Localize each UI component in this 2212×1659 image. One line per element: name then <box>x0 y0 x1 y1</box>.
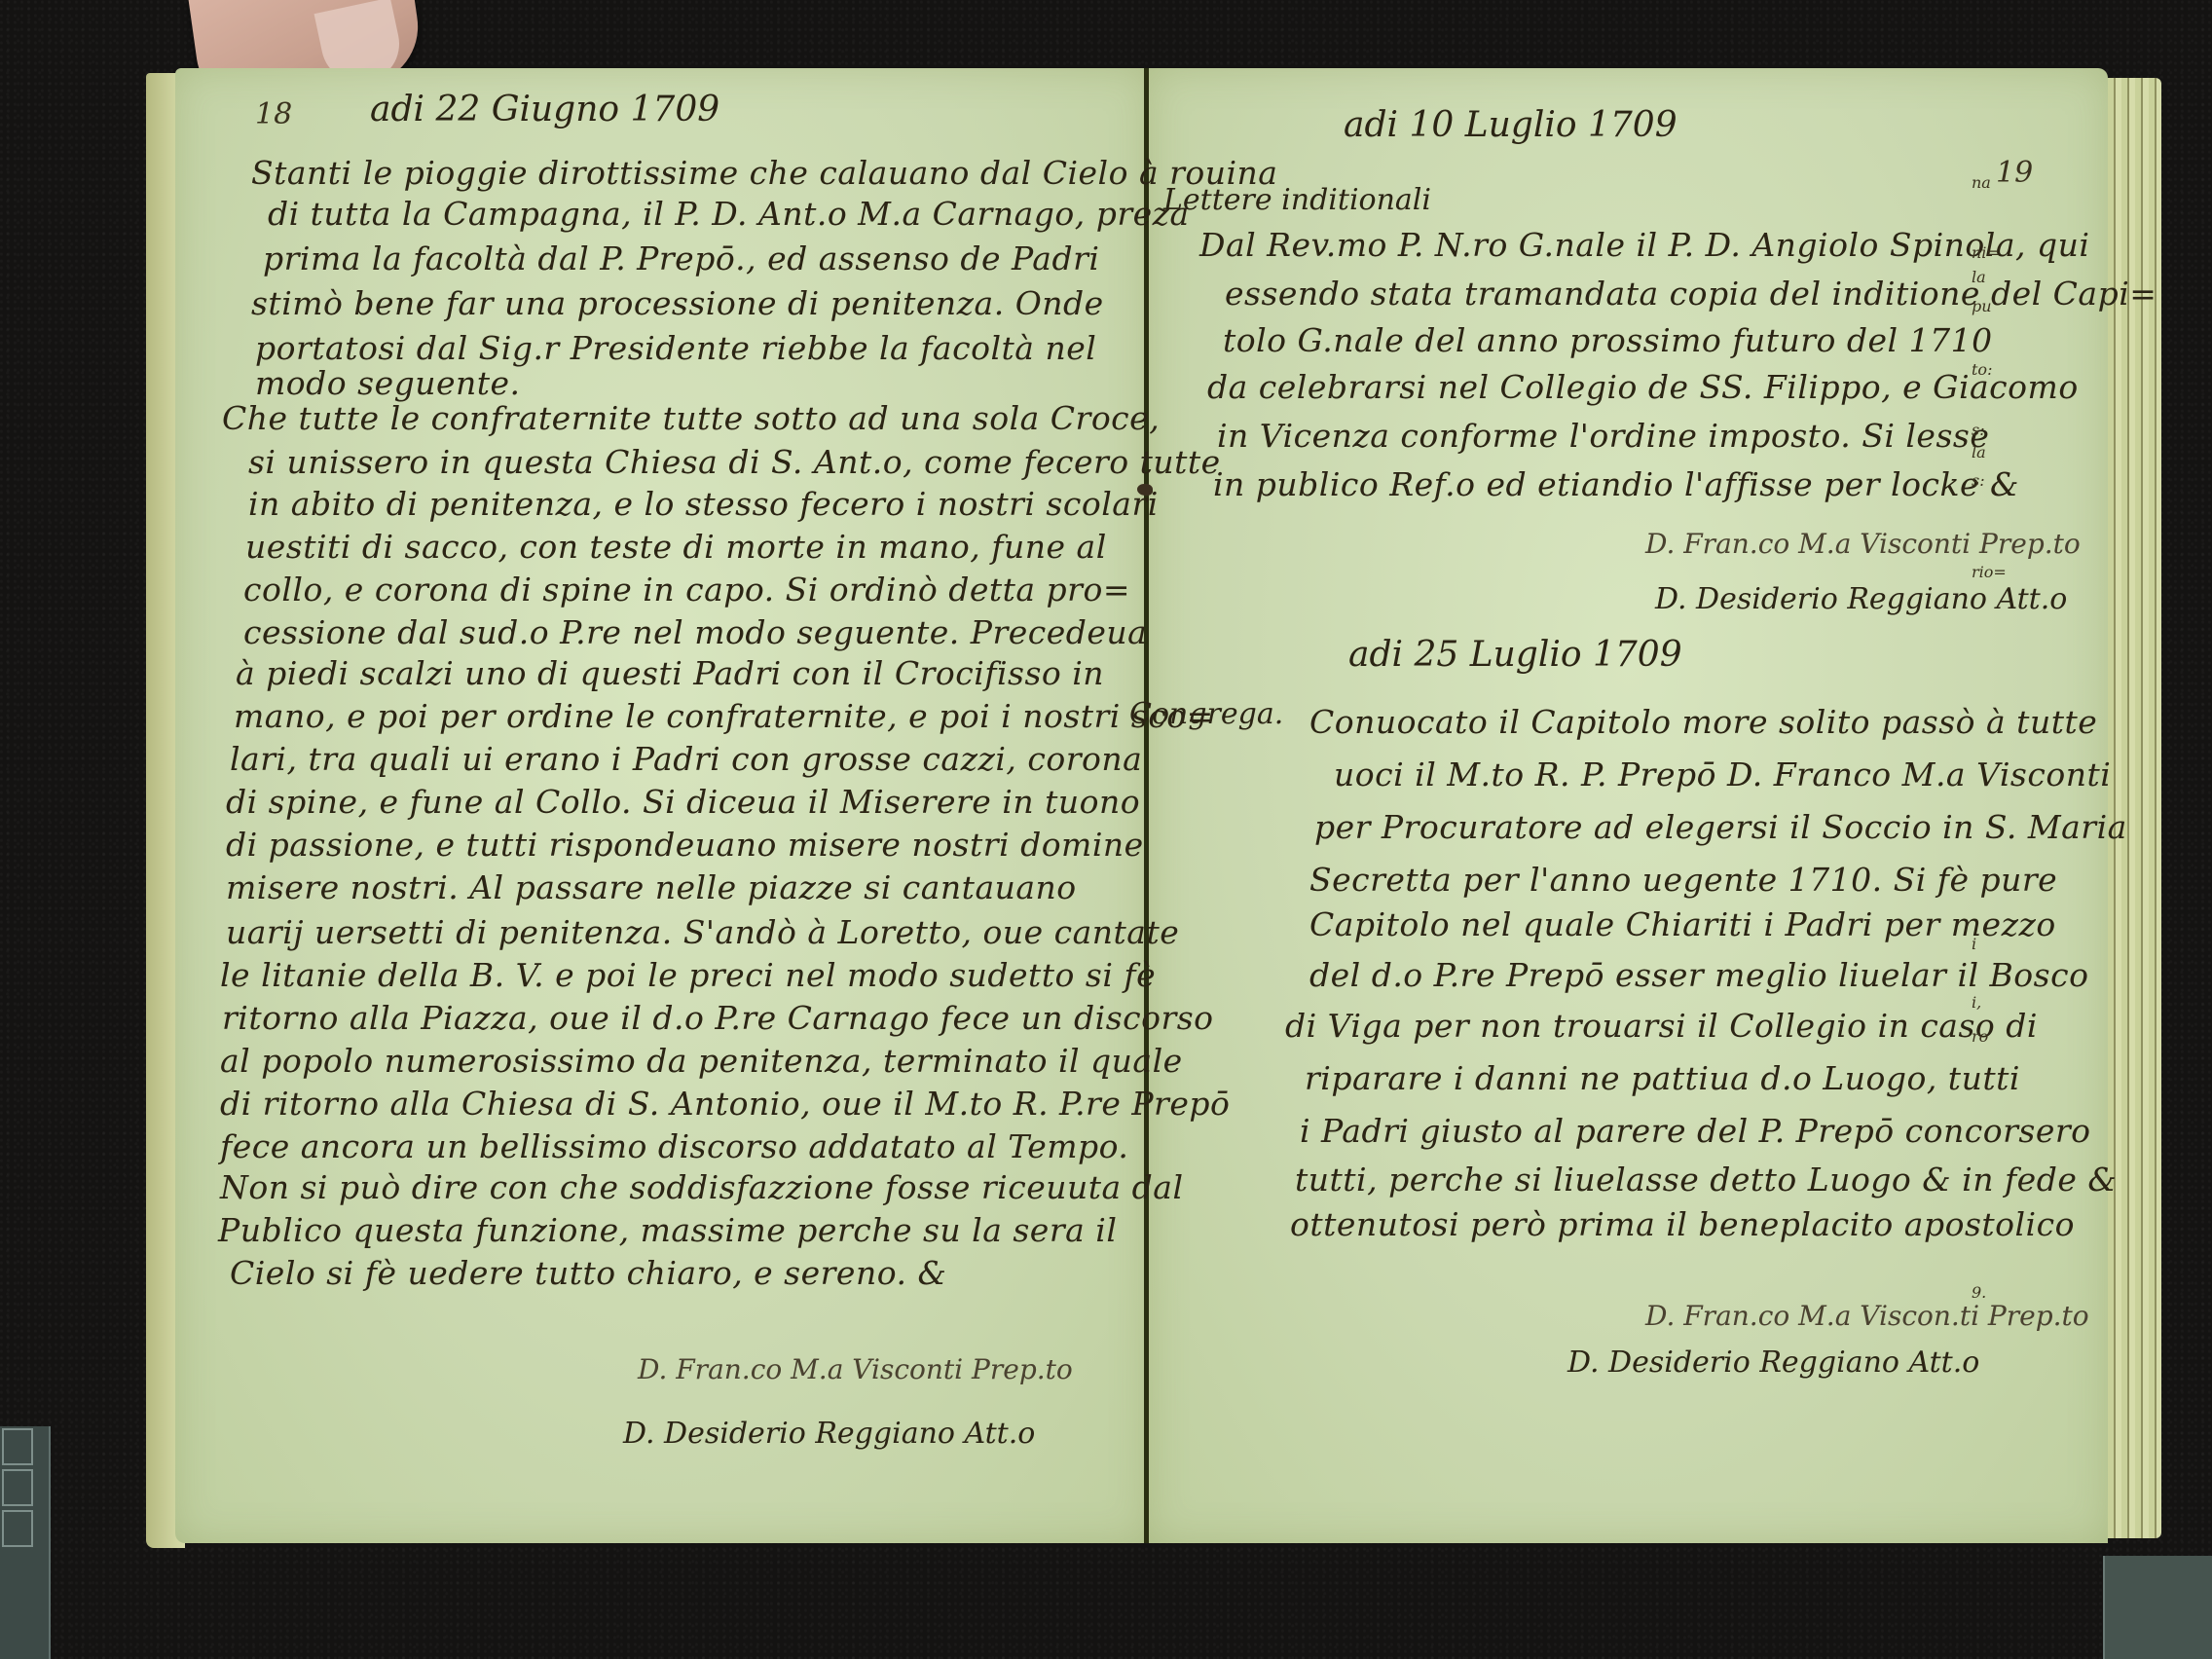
text-line: cessione dal sud.o P.re nel modo seguent… <box>243 613 1147 651</box>
calibration-cell <box>2 1510 33 1547</box>
edge-fragment: 9. <box>1972 1283 1986 1302</box>
edge-fragment: la <box>1972 443 1986 461</box>
text-line: lari, tra quali ui erano i Padri con gro… <box>230 740 1142 778</box>
text-line: per Procuratore ad elegersi il Soccio in… <box>1314 808 2127 846</box>
edge-fragment: s: <box>1972 471 1985 490</box>
text-line: i Padri giusto al parere del P. Prepō co… <box>1300 1112 2091 1150</box>
edge-fragment: rio= <box>1972 563 2007 581</box>
text-line: misere nostri. Al passare nelle piazze s… <box>226 868 1077 906</box>
edge-fragment: ro <box>1972 1027 1988 1046</box>
text-line: mano, e poi per ordine le confraternite,… <box>234 697 1214 735</box>
text-line: del d.o P.re Prepō esser meglio liuelar … <box>1309 956 2088 994</box>
color-calibration-card-right <box>2103 1556 2212 1659</box>
text-line: uarij uersetti di penitenza. S'andò à Lo… <box>226 913 1179 951</box>
text-line: al popolo numerosissimo da penitenza, te… <box>220 1042 1183 1080</box>
text-line: tolo G.nale del anno prossimo futuro del… <box>1223 321 1993 359</box>
edge-fragment: i, <box>1972 993 1981 1012</box>
edge-fragment: la <box>1972 268 1986 286</box>
text-line: portatosi dal Sig.r Presidente riebbe la… <box>255 329 1096 367</box>
signature-prepositus: D. Fran.co M.a Viscon.ti Prep.to <box>1645 1300 2089 1332</box>
text-line: si unissero in questa Chiesa di S. Ant.o… <box>248 443 1221 481</box>
margin-note-lettere: Lettere inditionali <box>1163 183 1431 217</box>
calibration-cell <box>2 1428 33 1465</box>
edge-fragment: to: <box>1972 360 1992 379</box>
book-gutter <box>1144 68 1149 1543</box>
text-line: uoci il M.to R. P. Prepō D. Franco M.a V… <box>1334 756 2111 793</box>
text-line: di Viga per non trouarsi il Collegio in … <box>1285 1007 2038 1045</box>
left-page-number: 18 <box>255 97 292 131</box>
text-line: collo, e corona di spine in capo. Si ord… <box>243 571 1130 608</box>
text-line: essendo stata tramandata copia del indit… <box>1225 275 2157 313</box>
text-line: prima la facoltà dal P. Prepō., ed assen… <box>263 240 1099 277</box>
text-line: modo seguente. <box>255 364 521 402</box>
signature-prepositus: D. Fran.co M.a Visconti Prep.to <box>638 1353 1073 1385</box>
text-line: in publico Ref.o ed etiandio l'affisse p… <box>1213 465 2019 503</box>
text-line: uestiti di sacco, con teste di morte in … <box>245 528 1107 566</box>
signature-actuarius: D. Desiderio Reggiano Att.o <box>623 1417 1035 1451</box>
edge-fragment: pu <box>1972 297 1992 315</box>
text-line: Publico questa funzione, massime perche … <box>218 1211 1117 1249</box>
text-line: ritorno alla Piazza, oue il d.o P.re Car… <box>222 999 1214 1037</box>
calibration-cell <box>2 1469 33 1506</box>
text-line: Stanti le pioggie dirottissime che calau… <box>251 154 1277 192</box>
text-line: ottenutosi però prima il beneplacito apo… <box>1290 1205 2075 1243</box>
edge-fragment: ni= <box>1972 243 2000 262</box>
signature-actuarius: D. Desiderio Reggiano Att.o <box>1655 582 2067 616</box>
text-line: Che tutte le confraternite tutte sotto a… <box>222 399 1160 437</box>
text-line: Dal Rev.mo P. N.ro G.nale il P. D. Angio… <box>1199 226 2089 264</box>
text-line: da celebrarsi nel Collegio de SS. Filipp… <box>1207 368 2079 406</box>
text-line: Conuocato il Capitolo more solito passò … <box>1309 703 2097 741</box>
text-line: in abito di penitenza, e lo stesso fecer… <box>248 485 1159 523</box>
text-line: Secretta per l'anno uegente 1710. Si fè … <box>1309 861 2057 899</box>
margin-note-congrega: Congrega. <box>1129 697 1283 731</box>
color-calibration-card-left <box>0 1426 51 1659</box>
text-line: Cielo si fè uedere tutto chiaro, e seren… <box>230 1254 946 1292</box>
text-line: in Vicenza conforme l'ordine imposto. Si… <box>1217 417 1989 455</box>
text-line: di spine, e fune al Collo. Si diceua il … <box>226 783 1140 821</box>
right-date-heading-2: adi 25 Luglio 1709 <box>1348 635 1682 675</box>
edge-fragment: s: <box>1972 421 1985 439</box>
signature-actuarius: D. Desiderio Reggiano Att.o <box>1567 1346 1979 1380</box>
edge-fragment: i <box>1972 935 1976 953</box>
text-line: tutti, perche si liuelasse detto Luogo &… <box>1295 1161 2117 1198</box>
left-date-heading: adi 22 Giugno 1709 <box>370 90 719 129</box>
right-page-number: 19 <box>1996 156 2033 190</box>
text-line: di ritorno alla Chiesa di S. Antonio, ou… <box>220 1085 1230 1123</box>
text-line: Non si può dire con che soddisfazzione f… <box>220 1168 1184 1206</box>
text-line: di tutta la Campagna, il P. D. Ant.o M.a… <box>268 195 1190 233</box>
text-line: à piedi scalzi uno di questi Padri con i… <box>236 654 1104 692</box>
text-line: fece ancora un bellissimo discorso addat… <box>220 1127 1128 1165</box>
signature-prepositus: D. Fran.co M.a Visconti Prep.to <box>1645 528 2081 560</box>
text-line: le litanie della B. V. e poi le preci ne… <box>220 956 1156 994</box>
text-line: Capitolo nel quale Chiariti i Padri per … <box>1309 905 2056 943</box>
ink-blot <box>1137 484 1153 496</box>
edge-fragment: na <box>1972 173 1991 192</box>
right-date-heading-1: adi 10 Luglio 1709 <box>1344 105 1677 145</box>
text-line: riparare i danni ne pattiua d.o Luogo, t… <box>1305 1059 2020 1097</box>
text-line: stimò bene far una processione di penite… <box>251 284 1104 322</box>
text-line: di passione, e tutti rispondeuano misere… <box>226 826 1144 864</box>
